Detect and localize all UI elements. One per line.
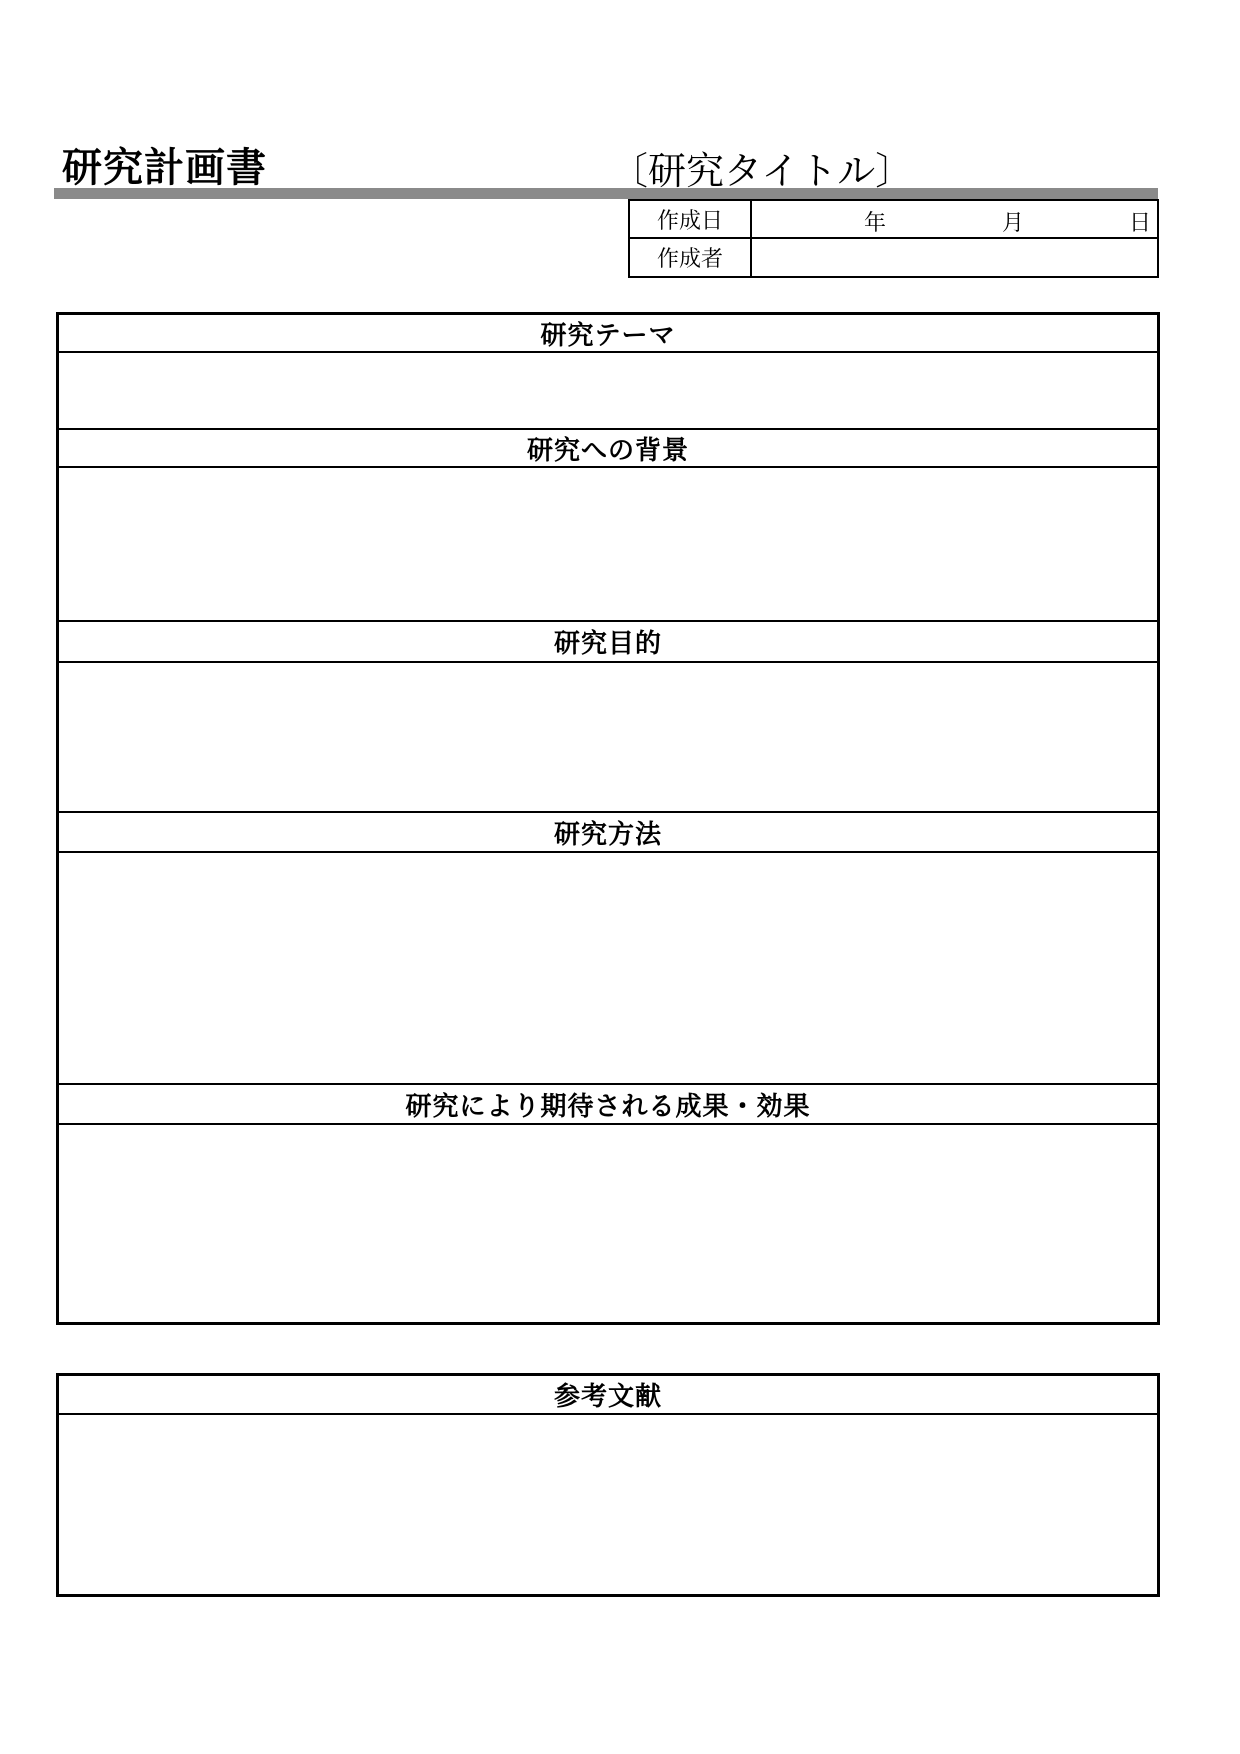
- section-header-research-method: 研究方法: [59, 813, 1157, 853]
- main-section-table: 研究テーマ 研究への背景 研究目的 研究方法 研究により期待される成果・効果: [56, 312, 1160, 1325]
- created-date-label: 作成日: [630, 201, 752, 237]
- author-row: 作成者: [630, 239, 1157, 276]
- research-title-placeholder: 〔研究タイトル〕: [610, 140, 913, 195]
- section-input-research-background[interactable]: [59, 468, 1157, 622]
- section-input-research-method[interactable]: [59, 853, 1157, 1085]
- meta-table: 作成日 年 月 日 作成者: [628, 199, 1159, 278]
- document-page: 研究計画書 〔研究タイトル〕 作成日 年 月 日 作成者 研究テーマ 研究への背…: [0, 0, 1240, 1754]
- section-input-references[interactable]: [59, 1415, 1157, 1594]
- created-date-row: 作成日 年 月 日: [630, 201, 1157, 239]
- section-header-research-purpose: 研究目的: [59, 622, 1157, 663]
- author-label: 作成者: [630, 239, 752, 276]
- section-header-references: 参考文献: [59, 1376, 1157, 1415]
- title-underline-bar: [54, 188, 1158, 199]
- created-date-value-cell[interactable]: 年 月 日: [752, 201, 1157, 237]
- section-input-research-theme[interactable]: [59, 353, 1157, 430]
- section-header-research-theme: 研究テーマ: [59, 315, 1157, 353]
- year-label: 年: [864, 206, 886, 237]
- section-input-expected-results[interactable]: [59, 1125, 1157, 1322]
- section-input-research-purpose[interactable]: [59, 663, 1157, 813]
- day-label: 日: [1129, 206, 1151, 237]
- section-header-research-background: 研究への背景: [59, 430, 1157, 468]
- author-value-cell[interactable]: [752, 239, 1157, 276]
- references-table: 参考文献: [56, 1373, 1160, 1597]
- month-label: 月: [1002, 206, 1024, 237]
- section-header-expected-results: 研究により期待される成果・効果: [59, 1085, 1157, 1125]
- page-title: 研究計画書: [62, 136, 267, 193]
